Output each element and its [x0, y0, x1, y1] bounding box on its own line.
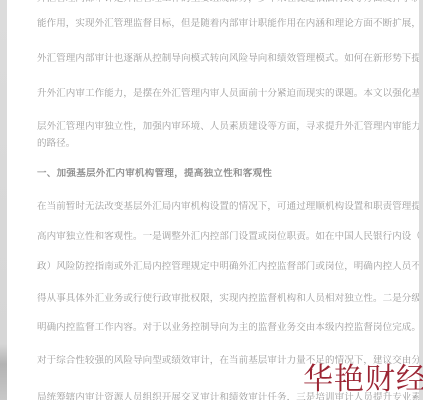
text-line: 层外汇管理内审独立性，加强内审环境、人员素质建设等方面，寻求提升外汇管理内审能力: [37, 121, 419, 133]
text-line: 外汇管理内部审计是外汇管理工作的重要组成部分，多年来在促进依法行政等方面发挥了职: [37, 0, 419, 5]
text-line: 得从事具体外汇业务或行使行政审批权限，实现内控监督机构和人员相对独立性。二是分级: [37, 293, 419, 305]
text-line: 外汇管理内部审计也逐渐从控制导向模式转向风险导向和绩效管理模式。如何在新形势下提: [37, 53, 419, 65]
text-line: 升外汇内审工作能力，是摆在外汇管理内审人员面前十分紧迫而现实的课题。本文以强化基: [37, 88, 419, 100]
text-line: 能作用，实现外汇管理监督目标，但是随着内部审计职能作用在内涵和理论方面不断扩展，: [37, 18, 419, 30]
text-line: 在当前暂时无法改变基层外汇局内审机构设置的情况下，可通过理顺机构设置和职责管理提: [37, 201, 419, 213]
text-line: 高内审独立性和客观性。一是调整外汇内控部门设置或岗位职责。如在中国人民银行内设（…: [37, 231, 419, 243]
section-heading: 一、加强基层外汇内审机构管理，提高独立性和客观性: [37, 168, 419, 180]
watermark: 华艳财经: [303, 365, 423, 395]
text-line: 政）风险防控指南或外汇局内控管理规定中明确外汇内控监督部门或岗位，明确内控人员不: [37, 261, 419, 273]
text-line: 的路径。: [37, 138, 419, 150]
article-text: 外汇管理内部审计是外汇管理工作的重要组成部分，多年来在促进依法行政等方面发挥了职…: [0, 0, 423, 400]
text-line: 明确内控监督工作内容。对于以业务控制导向为主的监督业务交由本级内控监督岗位完成。: [37, 322, 419, 334]
article-page: 外汇管理内部审计是外汇管理工作的重要组成部分，多年来在促进依法行政等方面发挥了职…: [0, 0, 423, 400]
